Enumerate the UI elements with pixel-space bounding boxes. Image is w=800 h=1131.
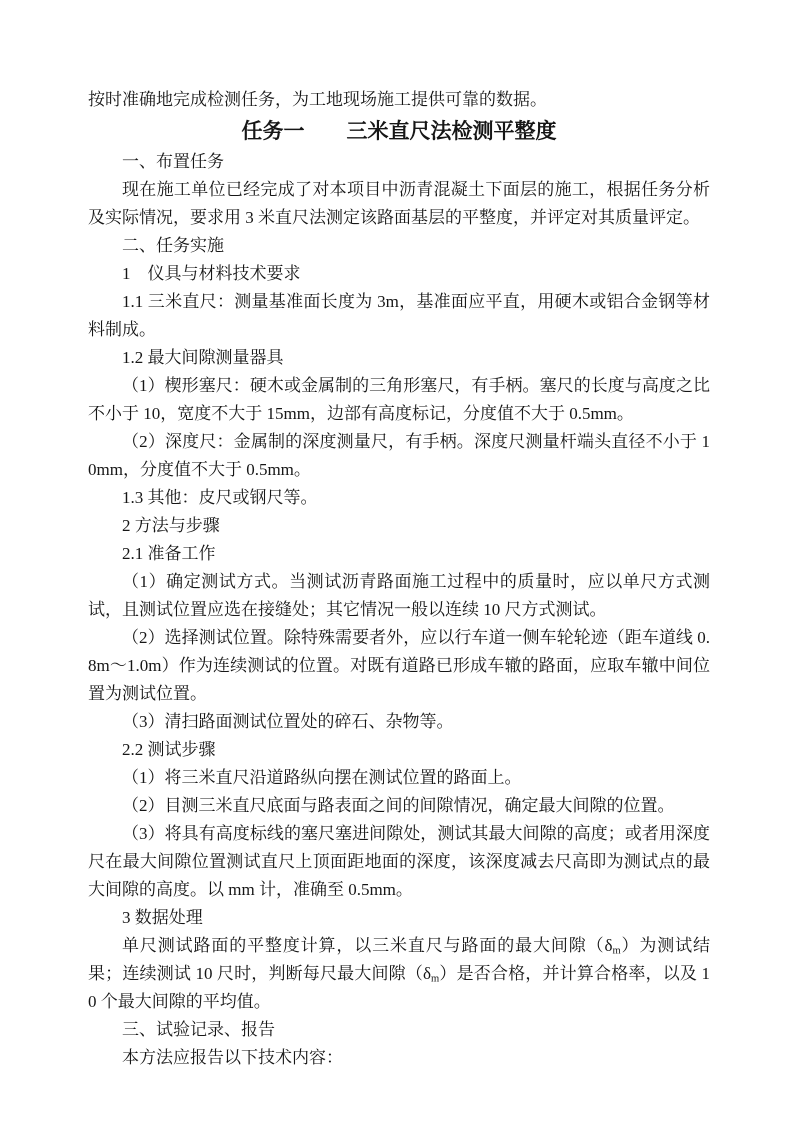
paragraph: （1）将三米直尺沿道路纵向摆在测试位置的路面上。 bbox=[88, 764, 710, 792]
paragraph: 现在施工单位已经完成了对本项目中沥青混凝土下面层的施工，根据任务分析及实际情况，… bbox=[88, 176, 710, 232]
paragraph: （2）选择测试位置。除特殊需要者外，应以行车道一侧车轮轮迹（距车道线 0.8m～… bbox=[88, 624, 710, 708]
paragraph: （1）楔形塞尺：硬木或金属制的三角形塞尺，有手柄。塞尺的长度与高度之比不小于 1… bbox=[88, 372, 710, 428]
heading-part: 任务一 bbox=[242, 119, 305, 143]
paragraph: 2 方法与步骤 bbox=[88, 512, 710, 540]
paragraph: 1.3 其他：皮尺或钢尺等。 bbox=[88, 484, 710, 512]
paragraph: 1 仪具与材料技术要求 bbox=[88, 260, 710, 288]
document-body: 按时准确地完成检测任务，为工地现场施工提供可靠的数据。任务一三米直尺法检测平整度… bbox=[88, 86, 710, 1072]
paragraph: 一、布置任务 bbox=[88, 148, 710, 176]
paragraph: 三、试验记录、报告 bbox=[88, 1016, 710, 1044]
document-page: 按时准确地完成检测任务，为工地现场施工提供可靠的数据。任务一三米直尺法检测平整度… bbox=[0, 0, 800, 1131]
paragraph: 1.1 三米直尺：测量基准面长度为 3m，基准面应平直，用硬木或铝合金钢等材料制… bbox=[88, 288, 710, 344]
subscript: m bbox=[612, 946, 620, 957]
paragraph: （3）将具有高度标线的塞尺塞进间隙处，测试其最大间隙的高度；或者用深度尺在最大间… bbox=[88, 820, 710, 904]
paragraph: 2.2 测试步骤 bbox=[88, 736, 710, 764]
paragraph: 二、任务实施 bbox=[88, 232, 710, 260]
paragraph: （2）深度尺：金属制的深度测量尺，有手柄。深度尺测量杆端头直径不小于 10mm，… bbox=[88, 428, 710, 484]
section-heading: 任务一三米直尺法检测平整度 bbox=[88, 115, 710, 147]
paragraph: （2）目测三米直尺底面与路表面之间的间隙情况，确定最大间隙的位置。 bbox=[88, 792, 710, 820]
paragraph: 按时准确地完成检测任务，为工地现场施工提供可靠的数据。 bbox=[88, 86, 710, 114]
heading-part: 三米直尺法检测平整度 bbox=[347, 119, 557, 143]
paragraph: （3）清扫路面测试位置处的碎石、杂物等。 bbox=[88, 708, 710, 736]
paragraph: （1）确定测试方式。当测试沥青路面施工过程中的质量时，应以单尺方式测试，且测试位… bbox=[88, 568, 710, 624]
paragraph: 1.2 最大间隙测量器具 bbox=[88, 344, 710, 372]
paragraph: 本方法应报告以下技术内容： bbox=[88, 1044, 710, 1072]
paragraph: 单尺测试路面的平整度计算，以三米直尺与路面的最大间隙（δm）为测试结果；连续测试… bbox=[88, 932, 710, 1016]
subscript: m bbox=[431, 974, 439, 985]
paragraph: 2.1 准备工作 bbox=[88, 540, 710, 568]
paragraph: 3 数据处理 bbox=[88, 904, 710, 932]
